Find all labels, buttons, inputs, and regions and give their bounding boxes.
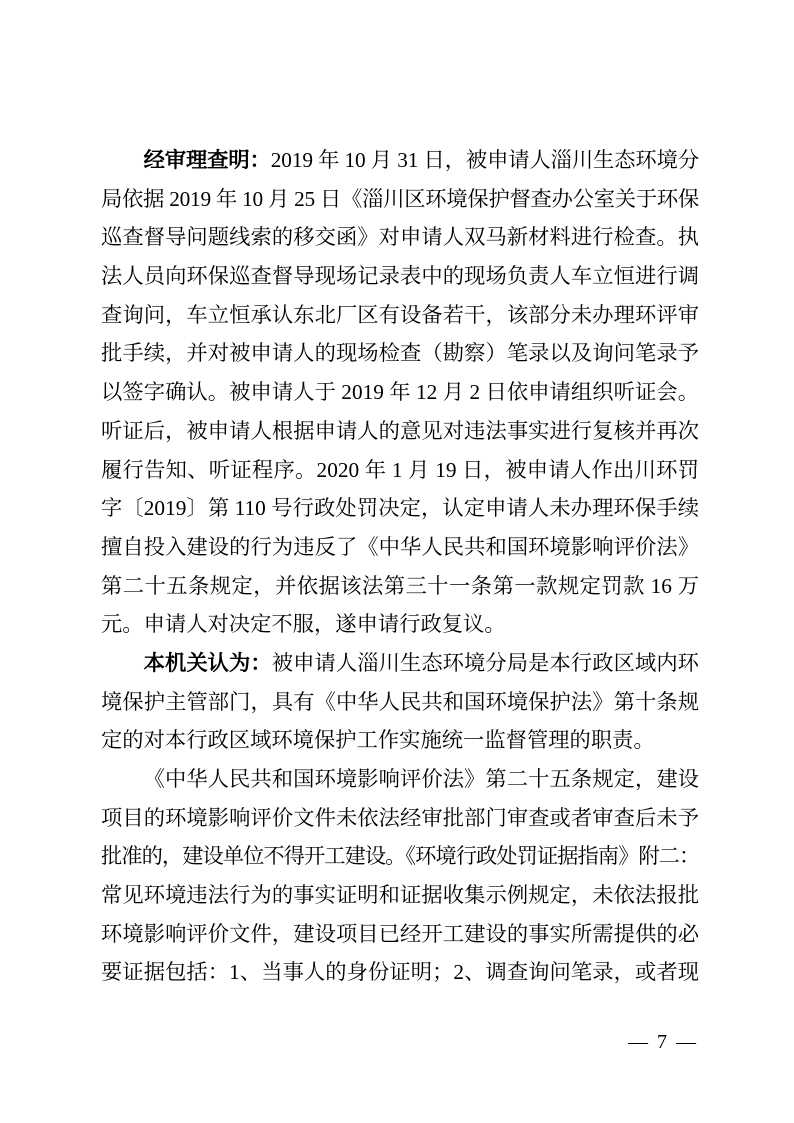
text-line: 第二十五条规定，并依据该法第三十一条第一款规定罚款 16 万	[101, 567, 699, 606]
text-segment: 《中华人民共和国环境影响评价法》第二十五条规定，建设	[144, 767, 699, 791]
text-line: 查询问，车立恒承认东北厂区有设备若干，该部分未办理环评审	[101, 296, 699, 335]
text-segment: 元。申请人对决定不服，遂申请行政复议。	[101, 612, 506, 636]
text-segment: 批手续，并对被申请人的现场检查（勘察）笔录以及询问笔录予	[101, 341, 699, 365]
text-line: 以签字确认。被申请人于 2019 年 12 月 2 日依申请组织听证会。	[101, 373, 699, 412]
text-segment: 第二十五条规定，并依据该法第三十一条第一款规定罚款 16 万	[101, 574, 699, 598]
text-segment: 项目的环境影响评价文件未依法经审批部门审查或者审查后未予	[101, 806, 699, 830]
bold-text-segment: 本机关认为：	[144, 651, 272, 675]
text-line: 项目的环境影响评价文件未依法经审批部门审查或者审查后未予	[101, 799, 699, 838]
text-segment: 境保护主管部门，具有《中华人民共和国环境保护法》第十条规	[101, 690, 699, 714]
text-line: 字〔2019〕第 110 号行政处罚决定，认定申请人未办理环保手续	[101, 489, 699, 528]
text-line: 批准的，建设单位不得开工建设。《环境行政处罚证据指南》附二：	[101, 837, 699, 876]
page-number: — 7 —	[628, 1027, 698, 1057]
text-line: 本机关认为：被申请人淄川生态环境分局是本行政区域内环	[101, 644, 699, 683]
text-line: 环境影响评价文件，建设项目已经开工建设的事实所需提供的必	[101, 915, 699, 954]
text-line: 要证据包括：1、当事人的身份证明；2、调查询问笔录，或者现	[101, 953, 699, 992]
text-line: 擅自投入建设的行为违反了《中华人民共和国环境影响评价法》	[101, 528, 699, 567]
text-segment: 查询问，车立恒承认东北厂区有设备若干，该部分未办理环评审	[101, 303, 699, 327]
document-body: 经审理查明：2019 年 10 月 31 日，被申请人淄川生态环境分局依据 20…	[101, 141, 699, 992]
text-segment: 被申请人淄川生态环境分局是本行政区域内环	[272, 651, 699, 675]
text-segment: 字〔2019〕第 110 号行政处罚决定，认定申请人未办理环保手续	[101, 496, 699, 520]
text-segment: 擅自投入建设的行为违反了《中华人民共和国环境影响评价法》	[101, 535, 699, 559]
bold-text-segment: 经审理查明：	[144, 148, 271, 172]
text-line: 常见环境违法行为的事实证明和证据收集示例规定，未依法报批	[101, 876, 699, 915]
text-line: 局依据 2019 年 10 月 25 日《淄川区环境保护督查办公室关于环保	[101, 180, 699, 219]
text-line: 巡查督导问题线索的移交函》对申请人双马新材料进行检查。执	[101, 218, 699, 257]
text-segment: 定的对本行政区域环境保护工作实施统一监督管理的职责。	[101, 728, 655, 752]
text-line: 经审理查明：2019 年 10 月 31 日，被申请人淄川生态环境分	[101, 141, 699, 180]
text-segment: 2019 年 10 月 31 日，被申请人淄川生态环境分	[271, 148, 699, 172]
text-line: 履行告知、听证程序。2020 年 1 月 19 日，被申请人作出川环罚	[101, 451, 699, 490]
text-segment: 批准的，建设单位不得开工建设。《环境行政处罚证据指南》附二：	[101, 844, 699, 868]
text-line: 听证后，被申请人根据申请人的意见对违法事实进行复核并再次	[101, 412, 699, 451]
text-line: 定的对本行政区域环境保护工作实施统一监督管理的职责。	[101, 721, 699, 760]
text-line: 元。申请人对决定不服，遂申请行政复议。	[101, 605, 699, 644]
text-line: 境保护主管部门，具有《中华人民共和国环境保护法》第十条规	[101, 683, 699, 722]
text-segment: 局依据 2019 年 10 月 25 日《淄川区环境保护督查办公室关于环保	[101, 187, 699, 211]
document-page: 经审理查明：2019 年 10 月 31 日，被申请人淄川生态环境分局依据 20…	[0, 0, 794, 1123]
text-segment: 要证据包括：1、当事人的身份证明；2、调查询问笔录，或者现	[101, 960, 699, 984]
text-line: 批手续，并对被申请人的现场检查（勘察）笔录以及询问笔录予	[101, 334, 699, 373]
text-segment: 以签字确认。被申请人于 2019 年 12 月 2 日依申请组织听证会。	[101, 380, 699, 404]
text-segment: 常见环境违法行为的事实证明和证据收集示例规定，未依法报批	[101, 883, 699, 907]
text-segment: 环境影响评价文件，建设项目已经开工建设的事实所需提供的必	[101, 922, 699, 946]
text-line: 法人员向环保巡查督导现场记录表中的现场负责人车立恒进行调	[101, 257, 699, 296]
text-segment: 听证后，被申请人根据申请人的意见对违法事实进行复核并再次	[101, 419, 699, 443]
text-line: 《中华人民共和国环境影响评价法》第二十五条规定，建设	[101, 760, 699, 799]
text-segment: 履行告知、听证程序。2020 年 1 月 19 日，被申请人作出川环罚	[101, 458, 699, 482]
text-segment: 巡查督导问题线索的移交函》对申请人双马新材料进行检查。执	[101, 225, 699, 249]
text-segment: 法人员向环保巡查督导现场记录表中的现场负责人车立恒进行调	[101, 264, 699, 288]
